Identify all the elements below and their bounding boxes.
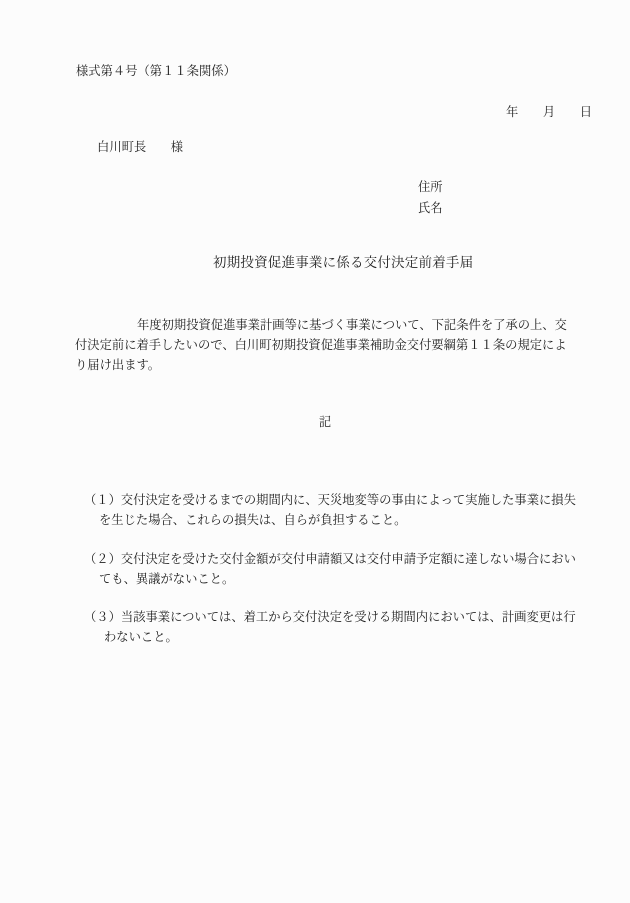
form-number: 様式第４号（第１１条関係） [76,61,236,81]
date-line: 年 月 日 [506,102,592,122]
condition-3-line-2: わないこと。 [104,627,178,647]
condition-1-line-1: （１）交付決定を受けるまでの期間内に、天災地変等の事由によって実施した事業に損失 [84,490,576,510]
body-paragraph-line-2: 付決定前に着手したいので、白川町初期投資促進事業補助金交付要綱第１１条の規定によ [75,335,567,355]
condition-2-line-1: （２）交付決定を受けた交付金額が交付申請額又は交付申請予定額に達しない場合におい [84,549,576,569]
document-title: 初期投資促進事業に係る交付決定前着手届 [213,253,473,273]
addressee: 白川町長 様 [97,137,183,157]
record-marker: 記 [75,412,575,432]
condition-3-line-1: （３）当該事業については、着工から交付決定を受ける期間内においては、計画変更は行 [84,607,576,627]
body-paragraph-line-1: 年度初期投資促進事業計画等に基づく事業について、下記条件を了承の上、交 [75,315,567,335]
condition-2-line-2: ても、異議がないこと。 [99,569,234,589]
sender-name-label: 氏名 [418,198,443,218]
document-page: 様式第４号（第１１条関係） 年 月 日 白川町長 様 住所 氏名 初期投資促進事… [0,0,630,903]
condition-1-line-2: を生じた場合、これらの損失は、自らが負担すること。 [99,510,406,530]
body-paragraph-line-3: り届け出ます。 [75,355,160,375]
sender-address-label: 住所 [418,177,443,197]
